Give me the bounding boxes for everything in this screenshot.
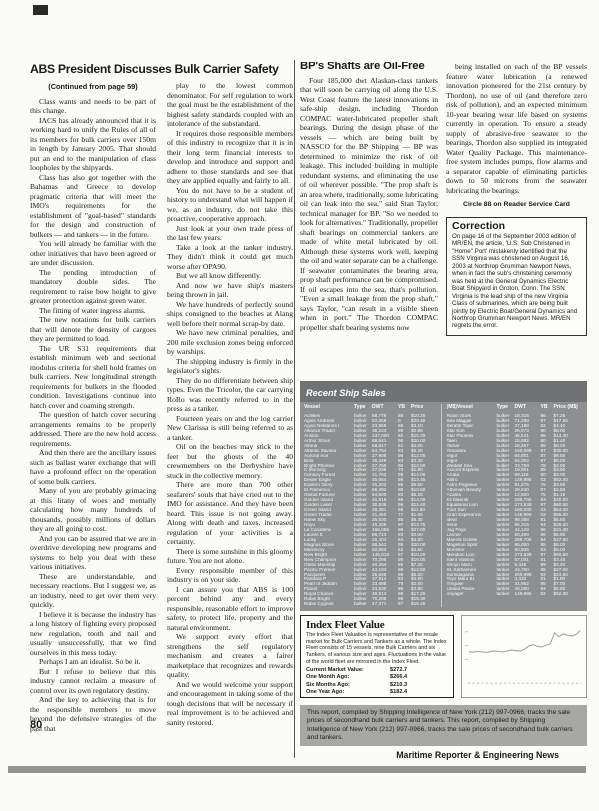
page-number: 80 — [30, 719, 42, 731]
body-paragraph: IACS has already announced that it is wo… — [30, 116, 156, 173]
bp-column-1: BP's Shafts are Oil-Free Four 185,000 dw… — [300, 62, 438, 336]
stat-row: Current Market Value: $272.7 — [306, 667, 448, 674]
stat-value: $266.4 — [390, 674, 407, 681]
recent-ship-sales-table: Recent Ship Sales Vessel Type DWT YB Pri… — [300, 381, 587, 611]
body-paragraph: The question of hatch cover securing arr… — [30, 410, 156, 448]
publication-credit: Maritime Reporter & Engineering News — [300, 750, 587, 760]
correction-body: On page 16 of the September 2003 edition… — [452, 233, 581, 330]
correction-box: Correction On page 16 of the September 2… — [446, 217, 587, 336]
table-title-bar: Recent Ship Sales — [300, 381, 587, 402]
type-cell: tanker — [497, 592, 515, 597]
bp-col1-paragraphs: Four 185,000 dwt Alaskan-class tankers t… — [300, 76, 438, 333]
column-divider-rule — [294, 60, 295, 758]
body-paragraph: I can assure you that ABS is 100 percent… — [167, 585, 293, 633]
body-paragraph: Many of you are probably grimacing at th… — [30, 486, 156, 534]
index-fleet-value-box: Index Fleet Value The Index Fleet Valuat… — [300, 615, 454, 698]
vessel-name-cell: Rubin Cygnus — [304, 602, 354, 607]
dwt-cell: 47,371 — [372, 602, 398, 607]
report-source-note: This report, compiled by Shipping Intell… — [300, 705, 587, 746]
sales-rows-right: Rubin Stork bulker 18,315 96 $7.25 Sea M… — [447, 414, 584, 597]
stat-label: One Year Ago: — [306, 689, 390, 696]
column-header-dwt: DWT — [372, 404, 398, 411]
body-paragraph: And then there are the ancillary issues … — [30, 448, 156, 486]
body-paragraph: The fitting of water ingress alarms. — [30, 306, 156, 316]
column-header-yb: YB — [541, 404, 554, 411]
table-header-row: Vessel Type DWT YB Price — [304, 404, 441, 411]
body-paragraph: The shipping industry is firmly in the l… — [167, 357, 293, 376]
abs-article-title: ABS President Discusses Bulk Carrier Saf… — [30, 62, 294, 76]
column-header-price: Price (M$) — [554, 404, 581, 411]
dwt-cell: 149,995 — [515, 592, 541, 597]
bp-column-2: being installed on each of the BP vessel… — [446, 62, 587, 336]
index-fleet-trend-chart — [462, 616, 586, 697]
body-paragraph: The pending introduction of mandatory do… — [30, 268, 156, 306]
body-paragraph: Every responsible member of this industr… — [167, 566, 293, 585]
body-paragraph: Perhaps I am an idealist. So be it. — [30, 657, 156, 667]
body-paragraph: Class wants and needs to be part of this… — [30, 97, 156, 116]
column-header-type: Type — [354, 404, 372, 411]
stat-row: One Year Ago: $182.4 — [306, 689, 448, 696]
sales-table-right-half: (M$)Vessel Type DWT YB Price (M$) Rubin … — [441, 404, 584, 607]
sales-table-left-half: Vessel Type DWT YB Price Achilles bulker… — [304, 404, 441, 607]
price-cell: $52.00 — [554, 592, 581, 597]
body-paragraph: There is some sunshine in this gloomy fu… — [167, 547, 293, 566]
bp-col2-paragraphs: being installed on each of the BP vessel… — [446, 62, 587, 195]
body-paragraph: But we all know differently. — [167, 271, 293, 281]
index-fleet-stats: Current Market Value: $272.7 One Month A… — [306, 667, 448, 696]
body-paragraph: You will already be familiar with the ot… — [30, 239, 156, 268]
abs-column-1: (Continued from page 59) Class wants and… — [30, 81, 156, 733]
body-paragraph: The UR S31 requirements that establish m… — [30, 344, 156, 411]
table-header-row: (M$)Vessel Type DWT YB Price (M$) — [447, 404, 584, 411]
correction-title: Correction — [452, 222, 581, 232]
magazine-page: ABS President Discusses Bulk Carrier Saf… — [0, 0, 599, 811]
table-row: Voyager tanker 149,995 02 $52.00 — [447, 592, 584, 597]
body-paragraph: Oil on the beaches may stick to the feet… — [167, 442, 293, 480]
bp-article-title: BP's Shafts are Oil-Free — [300, 62, 438, 72]
stat-label: One Month Ago: — [306, 674, 390, 681]
body-paragraph: being installed on each of the BP vessel… — [446, 62, 587, 195]
body-paragraph: There are more than 700 other seafarers'… — [167, 480, 293, 547]
reader-service-card-note: Circle 88 on Reader Service Card — [446, 200, 587, 210]
column-header-type: Type — [497, 404, 515, 411]
table-title: Recent Ship Sales — [306, 388, 386, 398]
y-axis-ticks — [465, 632, 468, 660]
stat-row: Six Months Ago: $210.3 — [306, 682, 448, 689]
stat-value: $272.7 — [390, 667, 407, 674]
body-paragraph: And the key to achieving that is for the… — [30, 695, 156, 733]
abs-col2-paragraphs: play to the lowest common denominator. F… — [167, 81, 293, 727]
column-header-price: Price — [411, 404, 438, 411]
body-paragraph: You do not have to be a student of histo… — [167, 186, 293, 224]
vessel-name-cell: Voyager — [447, 592, 497, 597]
body-paragraph: The new notations for bulk carriers that… — [30, 315, 156, 344]
body-paragraph: Fourteen years on and the log carrier Ne… — [167, 414, 293, 443]
column-header-vessel: (M$)Vessel — [447, 404, 497, 411]
body-paragraph: But I refuse to believe that this indust… — [30, 667, 156, 696]
body-paragraph: And now we have ship's masters being thr… — [167, 281, 293, 300]
stat-label: Current Market Value: — [306, 667, 390, 674]
column-header-vessel: Vessel — [304, 404, 354, 411]
abs-col1-paragraphs: Class wants and needs to be part of this… — [30, 97, 156, 734]
body-paragraph: These are understandable, and necessary … — [30, 572, 156, 610]
body-paragraph: We have hundreds of perfectly sound ship… — [167, 300, 293, 329]
stat-value: $182.4 — [390, 689, 407, 696]
column-header-yb: YB — [398, 404, 411, 411]
abs-article-subtitle: (Continued from page 59) — [30, 82, 156, 92]
index-value-line — [469, 631, 580, 653]
body-paragraph: play to the lowest common denominator. F… — [167, 81, 293, 129]
sales-rows-left: Achilles bulker 68,779 89 $10.20 Agios A… — [304, 414, 441, 607]
body-paragraph: We support every effort that strengthens… — [167, 632, 293, 680]
abs-column-2: play to the lowest common denominator. F… — [167, 81, 293, 733]
body-paragraph: We have new criminal penalties, and 200 … — [167, 328, 293, 357]
index-fleet-description: The Index Fleet Valuation is representat… — [306, 632, 448, 665]
body-paragraph: I believe it is because the industry has… — [30, 610, 156, 658]
scan-artifact — [33, 5, 48, 15]
index-fleet-title: Index Fleet Value — [306, 619, 448, 631]
type-cell: bulker — [354, 602, 372, 607]
body-paragraph: And we would welcome your support and en… — [167, 680, 293, 728]
table-row: Rubin Cygnus bulker 47,371 97 $15.45 — [304, 602, 441, 607]
body-paragraph: Four 185,000 dwt Alaskan-class tankers t… — [300, 76, 438, 333]
bottom-rule-bar — [8, 766, 586, 773]
price-cell: $15.45 — [411, 602, 438, 607]
stat-value: $210.3 — [390, 682, 407, 689]
yb-cell: 97 — [398, 602, 411, 607]
abs-article: ABS President Discusses Bulk Carrier Saf… — [30, 62, 294, 733]
bp-article: BP's Shafts are Oil-Free Four 185,000 dw… — [300, 62, 587, 376]
body-paragraph: Take a look at the tanker industry. They… — [167, 243, 293, 272]
right-region: BP's Shafts are Oil-Free Four 185,000 dw… — [300, 62, 587, 760]
body-paragraph: Class has also got together with the Bah… — [30, 173, 156, 240]
column-header-dwt: DWT — [515, 404, 541, 411]
body-paragraph: And you can be assured that we are in ov… — [30, 534, 156, 572]
index-fleet-chart-box — [461, 615, 587, 698]
stat-label: Six Months Ago: — [306, 682, 390, 689]
body-paragraph: Just look at your own trade press of the… — [167, 224, 293, 243]
abs-article-columns: (Continued from page 59) Class wants and… — [30, 81, 294, 733]
yb-cell: 02 — [541, 592, 554, 597]
body-paragraph: They do no differentiate between ship ty… — [167, 376, 293, 414]
stat-row: One Month Ago: $266.4 — [306, 674, 448, 681]
body-paragraph: It requires those responsible members of… — [167, 129, 293, 186]
